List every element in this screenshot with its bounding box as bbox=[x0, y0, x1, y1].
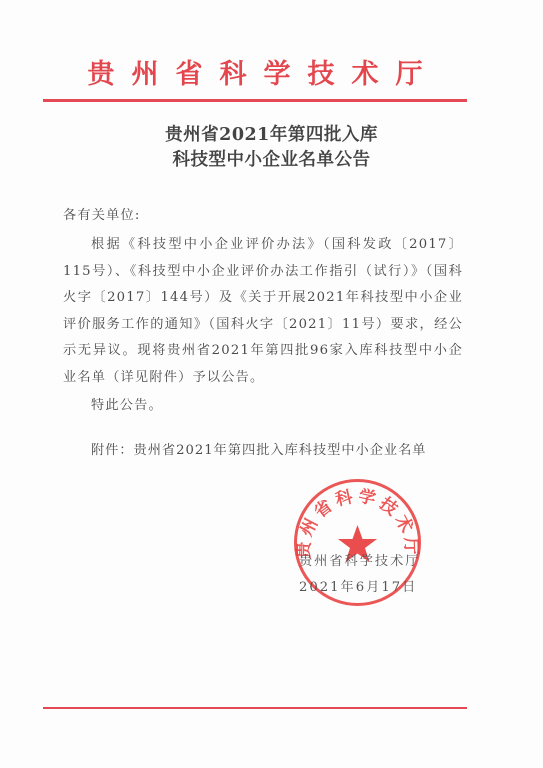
issue-date: 2021年6月17日 bbox=[299, 575, 421, 601]
body-paragraph: 根据《科技型中小企业评价办法》（国科发政〔2017〕115号）、《科技型中小企业… bbox=[63, 232, 463, 391]
salutation: 各有关单位: bbox=[63, 203, 463, 230]
title-line-2: 科技型中小企业名单公告 bbox=[0, 148, 543, 173]
closing-text: 特此公告。 bbox=[91, 393, 491, 420]
title-line-1: 贵州省2021年第四批入库 bbox=[0, 123, 543, 148]
attachment-note: 附件：贵州省2021年第四批入库科技型中小企业名单 bbox=[91, 439, 427, 458]
document-title: 贵州省2021年第四批入库 科技型中小企业名单公告 bbox=[0, 123, 543, 173]
issuer-name: 贵州省科学技术厅 bbox=[299, 549, 421, 575]
letterhead-title: 贵州省科学技术厅 bbox=[43, 58, 467, 92]
letterhead-rule bbox=[43, 99, 467, 102]
footer-rule bbox=[43, 707, 467, 709]
signature-block: 贵州省科学技术厅 2021年6月17日 bbox=[299, 549, 421, 601]
